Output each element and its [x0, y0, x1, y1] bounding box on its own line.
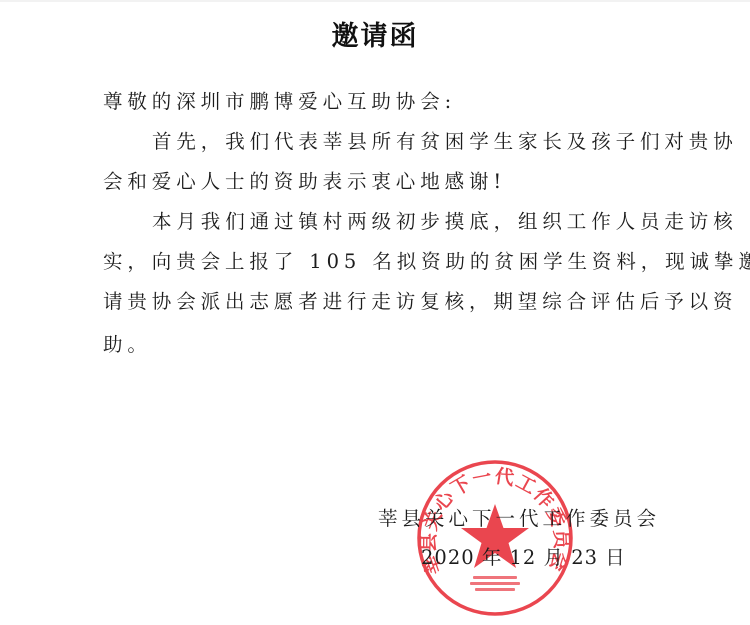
signature-organization: 莘县关心下一代工作委员会	[378, 507, 660, 531]
top-border	[0, 0, 750, 2]
paragraph-1-line-1: 首先，我们代表莘县所有贫困学生家长及孩子们对贵协	[152, 130, 738, 154]
document-title: 邀请函	[0, 14, 750, 53]
paragraph-2-line-1: 本月我们通过镇村两级初步摸底，组织工作人员走访核	[152, 210, 738, 234]
paragraph-2-line-2: 实，向贵会上报了 105 名拟资助的贫困学生资料，现诚挚邀	[103, 250, 750, 274]
paragraph-1-line-2: 会和爱心人士的资助表示衷心地感谢!	[103, 170, 506, 194]
seal-graphic: 莘县关心下一代工作委员会	[415, 458, 575, 618]
paragraph-2-line-3: 请贵协会派出志愿者进行走访复核，期望综合评估后予以资	[103, 290, 737, 314]
official-seal: 莘县关心下一代工作委员会	[415, 458, 575, 618]
signature-date: 2020 年 12 月 23 日	[421, 546, 626, 570]
salutation: 尊敬的深圳市鹏博爱心互助协会:	[103, 90, 456, 114]
paragraph-2-line-4: 助。	[103, 333, 152, 357]
seal-serial-dots	[470, 576, 520, 591]
